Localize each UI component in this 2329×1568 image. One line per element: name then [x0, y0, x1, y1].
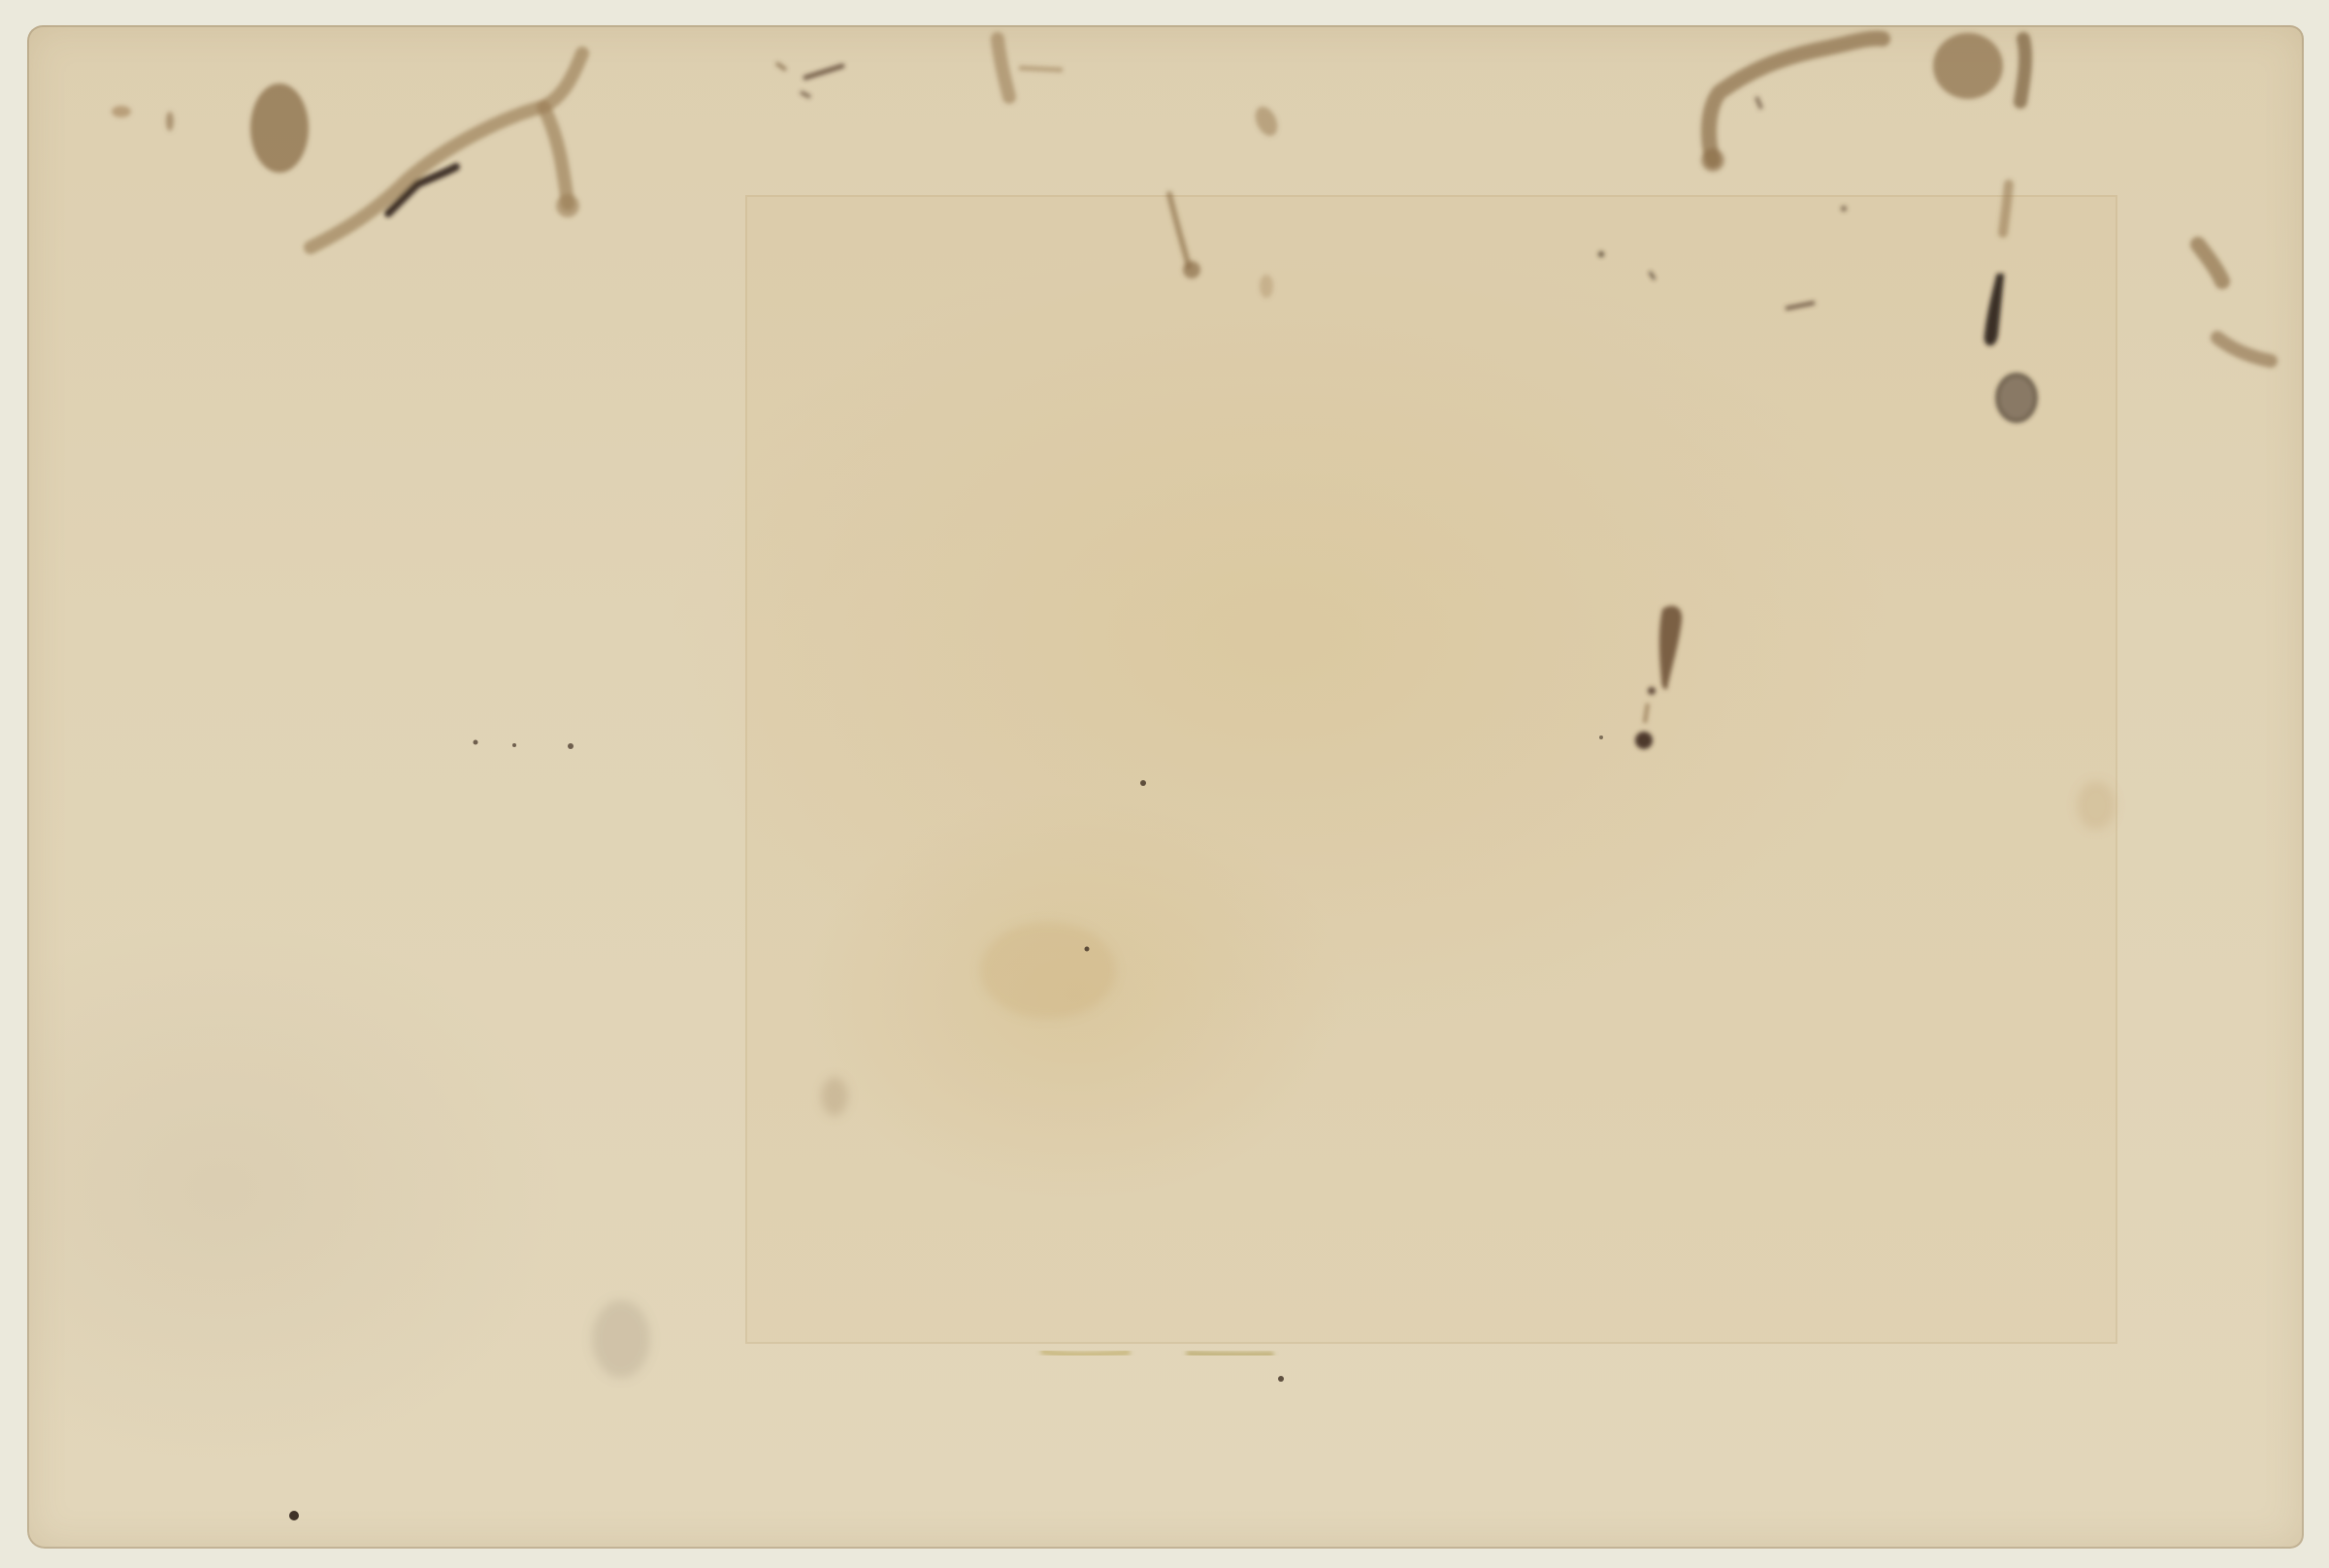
- stain-group-middle-faint: [592, 781, 2116, 1378]
- stain-dark-drop: [1987, 277, 2001, 343]
- stain-arc: [1709, 39, 1883, 160]
- bottom-mark-right: [1189, 1354, 1271, 1355]
- stain-ring-drop: [1997, 375, 2036, 421]
- stain-group-center: [1635, 605, 1682, 749]
- stain-drip-branch: [311, 53, 582, 247]
- stain-oval: [250, 83, 309, 173]
- stain-group-top-right: [1598, 33, 2271, 421]
- plate-mark-traces: [1043, 1352, 1271, 1355]
- stain-layer: [0, 0, 2329, 1568]
- stain-group-top-left: [112, 53, 582, 247]
- stain-group-top-center: [776, 39, 1282, 298]
- stain-oval: [1933, 33, 2003, 99]
- stain-exclamation: [1659, 605, 1682, 689]
- stain-dot-bottom-left: [289, 1511, 299, 1520]
- bottom-mark-left: [1043, 1352, 1128, 1355]
- stain-group-specks: [289, 735, 1603, 1520]
